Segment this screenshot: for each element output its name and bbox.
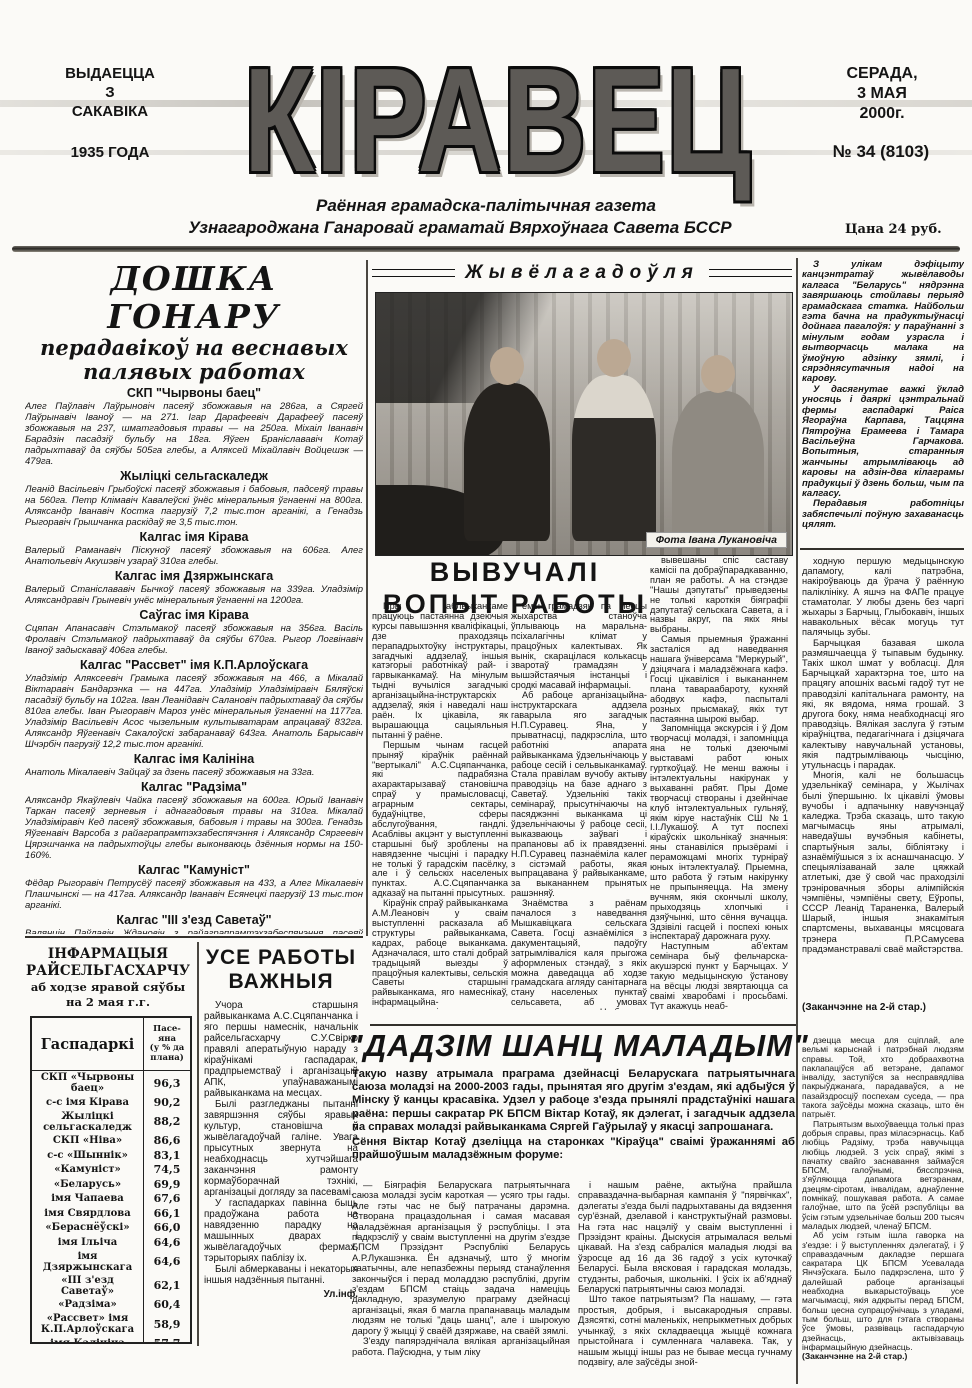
table-title-line: РАЙСЕЛЬГАСХАРЧУ: [26, 963, 190, 980]
col-header-line: плана): [150, 1054, 183, 1064]
sowing-progress-table: Гаспадаркі Пасе- яна (у % да плана) СКП …: [30, 1016, 192, 1344]
study-article-column-3: вывешаны спіс саставу камісіі па добраўп…: [650, 556, 788, 1010]
rubric-header: Жывёлагадоўля: [372, 262, 792, 284]
article-paragraph: ходную першую медыцынскую дапамогу, калі…: [802, 556, 964, 638]
article-paragraph: Пры аблвыканкаме працуюць пастаянна дзею…: [372, 602, 508, 741]
article-paragraph: — Біяграфія Беларускага патрыятычнага са…: [352, 1180, 570, 1336]
article-signature: Ул.інф.: [204, 1289, 358, 1300]
article-paragraph: Учора старшыня райвыканкама А.С.Сцяпанча…: [204, 1000, 358, 1099]
newspaper-page: ВЫДАЕЦЦА З САКАВІКА 1935 ГОДА КІРАВЕЦ СЕ…: [0, 0, 972, 1388]
table-title-line: ІНФАРМАЦЫЯ: [26, 946, 190, 963]
farm-value: 96,3: [144, 1077, 190, 1090]
farm-section-text: Фёдар Рыгоравіч Петрусёў пасеяў збожжавы…: [25, 878, 363, 911]
article-paragraph: Аб усім гэтым ішла гаворка на з'ездзе: і…: [802, 1231, 964, 1352]
article-paragraph: Першым чынам гасцей прыняў кіраўнік раён…: [372, 741, 508, 900]
study-article-column-1: Пры аблвыканкаме працуюць пастаянна дзею…: [372, 602, 508, 1010]
table-col-farms: Гаспадаркі: [32, 1018, 144, 1070]
table-row: с-с імя Кірава90,2: [32, 1095, 190, 1110]
farm-section-header: Калгас "Камуніст": [25, 863, 363, 878]
article-paragraph: Патрыятызм выхоўваецца толькі праз добры…: [802, 1120, 964, 1232]
honor-board-subtitle: перадавікоў на веснавых: [25, 336, 363, 360]
works-article-body: Учора старшыня райвыканкама А.С.Сцяпанча…: [204, 1000, 358, 1346]
farm-name: «Бераснёўскі»: [32, 1221, 144, 1236]
table-row: імя Ільіча64,6: [32, 1235, 190, 1250]
farm-value: 64,6: [144, 1236, 190, 1249]
livestock-column: З улікам дэфіцыту канцэнтратаў жывёлавод…: [802, 260, 964, 544]
farm-value: 86,6: [144, 1134, 190, 1147]
farm-section-text: Анатоль Мікалаевіч Зайцаў за дзень пасея…: [25, 767, 363, 778]
table-subtitle-line: на 2 мая г.г.: [26, 995, 190, 1010]
farm-section-text: Валерый Раманавіч Піскуноў пасеяў збожжа…: [25, 545, 363, 567]
rubric-decoration: [709, 269, 792, 277]
farm-name: імя Свярдлова: [32, 1206, 144, 1221]
youth-article-title: "ДАДЗІМ ШАНЦ МАЛАДЫМ": [348, 1028, 796, 1064]
farm-name: імя Ільіча: [32, 1235, 144, 1250]
farm-section-header: Калгас "ІІІ з'езд Саветаў": [25, 913, 363, 928]
issued-line: З: [46, 83, 174, 102]
table-row: імя Калініна57,7: [32, 1336, 190, 1344]
photo-person-silhouette: [572, 375, 656, 541]
table-row: «Рассвет» імя К.П.Арлоўскага58,9: [32, 1312, 190, 1336]
farm-section-header: Калгас "Радзіма": [25, 780, 363, 795]
farm-section-header: СКП "Чырвоны баец": [25, 386, 363, 401]
article-paragraph: У гаспадарках павінна быць прадоўжана ра…: [204, 1198, 358, 1264]
farm-value: 60,4: [144, 1298, 190, 1311]
photo: Фота Івана Лукановіча: [375, 292, 793, 556]
article-paragraph: Што такое патрыятызм? Па нашаму, — гэта …: [578, 1294, 792, 1367]
youth-article-lede: Такую назву атрымала праграма дзейнасці …: [352, 1068, 795, 1134]
farm-value: 90,2: [144, 1096, 190, 1109]
farm-name: «Беларусь»: [32, 1177, 144, 1192]
article-paragraph: Аб рабоце арганізацыйна-інструктарскага …: [511, 691, 647, 899]
farm-name: «ІІІ з'езд Саветаў»: [32, 1274, 144, 1298]
article-paragraph: Былі разгледжаны пытанні завяршэння сяўб…: [204, 1099, 358, 1198]
farm-name: «Радзіма»: [32, 1298, 144, 1313]
continuation-note: (Заканчэнне на 2-й стар.): [802, 1002, 964, 1013]
farm-value: 62,1: [144, 1279, 190, 1292]
farm-value: 58,9: [144, 1318, 190, 1331]
date-line: СЕРАДА,: [812, 64, 952, 84]
youth-article-column-3: дзецца месца для сціплай, але вельмі кар…: [802, 1036, 964, 1384]
photo-person-silhouette: [672, 391, 764, 541]
farm-value: 66,1: [144, 1207, 190, 1220]
continuation-note: (Заканчэнне на 2-й стар.): [802, 1352, 964, 1361]
farm-section-header: Саўгас імя Кірава: [25, 608, 363, 623]
farm-name: імя Дзяржынскага: [32, 1250, 144, 1274]
study-article-column-2: ёмы грамадзян па месцы жыхарства станоўч…: [511, 602, 647, 1010]
works-title-line: ВАЖНЫЯ: [200, 970, 362, 994]
date-line: 3 МАЯ: [812, 84, 952, 104]
farm-name: «Рассвет» імя К.П.Арлоўскага: [32, 1312, 144, 1336]
farm-name: СКП «Ніва»: [32, 1134, 144, 1149]
farm-value: 83,1: [144, 1149, 190, 1162]
masthead-rule: [12, 246, 960, 252]
newspaper-title-text: КІРАВЕЦ: [244, 42, 752, 200]
masthead-subtitle: Раённая грамадска-палітычная газета: [0, 196, 972, 216]
table-row: «Радзіма»60,4: [32, 1298, 190, 1313]
masthead-issued-year: 1935 ГОДА: [46, 144, 174, 161]
table-row: с-с «Шыннік»83,1: [32, 1148, 190, 1163]
date-line: 2000г.: [812, 104, 952, 124]
table-subtitle-line: аб ходзе яравой сяўбы: [26, 980, 190, 995]
article-paragraph: вывешаны спіс саставу камісіі па добраўп…: [650, 556, 788, 635]
farm-name: Жыліцкі сельгаскаледж: [32, 1110, 144, 1134]
table-header-row: Гаспадаркі Пасе- яна (у % да плана): [32, 1018, 190, 1071]
farm-value: 64,6: [144, 1255, 190, 1268]
farm-section-header: Жыліцкі сельгаскаледж: [25, 469, 363, 484]
study-title-line: ВЫВУЧАЛІ: [372, 556, 658, 588]
article-paragraph: Барчыцкая базавая школа размяшчаецца ў т…: [802, 638, 964, 771]
section-rule: [370, 1024, 796, 1026]
masthead-award-line: Узнагароджана Ганаровай граматай Вярхоўн…: [0, 218, 920, 238]
column-rule: [366, 260, 368, 936]
masthead-date: СЕРАДА, 3 МАЯ 2000г.: [812, 64, 952, 124]
farm-value: 74,5: [144, 1163, 190, 1176]
youth-article-intro: Сёння Віктар Котаў дзеліцца на старонках…: [352, 1136, 795, 1162]
table-row: імя Чапаева67,6: [32, 1192, 190, 1207]
masthead-issued-since: ВЫДАЕЦЦА З САКАВІКА: [46, 64, 174, 121]
table-row: імя Дзяржынскага64,6: [32, 1250, 190, 1274]
section-rule: [25, 936, 363, 938]
table-col-percent: Пасе- яна (у % да плана): [144, 1018, 190, 1070]
farm-section-header: Калгас імя Кірава: [25, 530, 363, 545]
farm-value: 57,7: [144, 1337, 190, 1344]
issue-number: № 34 (8103): [806, 142, 956, 162]
livestock-paragraph: У дасягнутае важкі ўклад уносяць і даярк…: [802, 385, 964, 499]
livestock-paragraph: Перадавыя работніцы забяспечылі поўную з…: [802, 499, 964, 530]
article-paragraph: Самыя прыемныя ўражанні засталіся ад нав…: [650, 635, 788, 724]
farm-section-header: Калгас імя Дзяржынскага: [25, 569, 363, 584]
farm-value: 67,6: [144, 1192, 190, 1205]
article-paragraph: і нашым раёне, актыўна прайшла справазда…: [578, 1180, 792, 1294]
youth-article-column-2: і нашым раёне, актыўна прайшла справазда…: [578, 1180, 792, 1384]
farm-value: 69,9: [144, 1178, 190, 1191]
table-row: «Беларусь»69,9: [32, 1177, 190, 1192]
farm-section-text: Сцяпан Апанасавіч Стэльмакоў пасеяў збож…: [25, 623, 363, 656]
article-paragraph: Знаёмства з раёнам пачалося з наведвання…: [511, 899, 647, 1010]
article-paragraph: Наступным аб'ектам семінара быў фельчарс…: [650, 942, 788, 1010]
article-paragraph: дзецца месца для сціплай, але вельмі кар…: [802, 1036, 964, 1120]
article-paragraph: Кіраўнік спраў райвыканкама А.М.Леановіч…: [372, 899, 508, 1010]
column-rule: [197, 942, 199, 1346]
farm-section-text: Валерый Станіслававіч Бычкоў пасеяў збож…: [25, 584, 363, 606]
youth-article-column-1: — Біяграфія Беларускага патрыятычнага са…: [352, 1180, 570, 1384]
rubric-title: Жывёлагадоўля: [465, 262, 699, 284]
table-row: «Камуніст»74,5: [32, 1163, 190, 1178]
article-paragraph: Былі абмеркаваны і некаторыя іншыя надзё…: [204, 1264, 358, 1286]
livestock-paragraph: З улікам дэфіцыту канцэнтратаў жывёлавод…: [802, 260, 964, 385]
issued-line: САКАВІКА: [46, 102, 174, 121]
article-paragraph: З'езду папярэднічала вялікая арганізацый…: [352, 1336, 570, 1357]
honor-board-subtitle: палявых работах: [25, 360, 363, 384]
farm-name: СКП «Чырвоны баец»: [32, 1071, 144, 1095]
farm-name: імя Калініна: [32, 1336, 144, 1344]
honor-board-title: ДОШКА ГОНАРУ: [25, 260, 363, 336]
farm-section-text: Леанід Васільевіч Грыбоўскі пасеяў збожж…: [25, 484, 363, 528]
newspaper-title: КІРАВЕЦ: [172, 42, 812, 207]
price-label: Цана 24 руб.: [845, 222, 942, 237]
farm-name: с-с «Шыннік»: [32, 1148, 144, 1163]
farm-value: 88,2: [144, 1115, 190, 1128]
table-row: «Бераснёўскі»66,0: [32, 1221, 190, 1236]
table-row: імя Свярдлова66,1: [32, 1206, 190, 1221]
works-article-title: УСЕ РАБОТЫ ВАЖНЫЯ: [200, 946, 362, 994]
column-rule: [796, 258, 798, 1384]
farm-section-text: Валянцін Паўлавіч Ждановіч з райаграпрам…: [25, 928, 363, 934]
farm-name: «Камуніст»: [32, 1163, 144, 1178]
farm-section-header: Калгас "Рассвет" імя К.П.Арлоўскага: [25, 658, 363, 673]
issued-line: ВЫДАЕЦЦА: [46, 64, 174, 83]
article-paragraph: Многія, калі не большасць удзельнікаў се…: [802, 770, 964, 954]
table-row: СКП «Ніва»86,6: [32, 1134, 190, 1149]
farm-section-header: Калгас імя Калініна: [25, 752, 363, 767]
table-row: СКП «Чырвоны баец»96,3: [32, 1071, 190, 1095]
works-title-line: УСЕ РАБОТЫ: [200, 946, 362, 970]
rubric-decoration: [372, 269, 455, 277]
photo-person-silhouette: [464, 383, 550, 541]
farm-section-text: Уладзімір Аляксеевіч Грамыка пасеяў збож…: [25, 673, 363, 750]
table-row: Жыліцкі сельгаскаледж88,2: [32, 1110, 190, 1134]
farm-name: с-с імя Кірава: [32, 1095, 144, 1110]
honor-board-article: ДОШКА ГОНАРУ перадавікоў на веснавых пал…: [25, 260, 363, 934]
article-paragraph: ёмы грамадзян па месцы жыхарства станоўч…: [511, 602, 647, 691]
article-paragraph: Запомніцца экскурсія і ў Дом творчасці м…: [650, 724, 788, 942]
farm-value: 66,0: [144, 1221, 190, 1234]
section-rule: [800, 548, 964, 550]
study-article-column-4: ходную першую медыцынскую дапамогу, калі…: [802, 556, 964, 1000]
farm-section-text: Аляксандр Якаўлевіч Чайка пасеяў збожжав…: [25, 795, 363, 861]
farm-name: імя Чапаева: [32, 1192, 144, 1207]
photo-caption: Фота Івана Лукановіча: [646, 532, 787, 548]
table-row: «ІІІ з'езд Саветаў»62,1: [32, 1274, 190, 1298]
farm-section-text: Алег Паўлавіч Лаўрыновіч пасеяў збожжавы…: [25, 401, 363, 467]
table-heading: ІНФАРМАЦЫЯ РАЙСЕЛЬГАСХАРЧУ аб ходзе ярав…: [26, 946, 190, 1010]
